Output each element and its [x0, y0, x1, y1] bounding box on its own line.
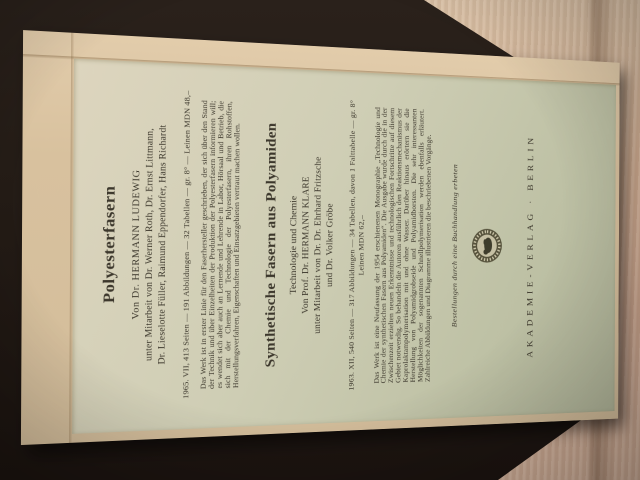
- book2-contributors-1: unter Mitarbeit von Dr. Dr. Ehrhard Frit…: [312, 79, 323, 410]
- book2-contributors-2: und Dr. Volker Gröbe: [324, 80, 335, 410]
- emblem-svg: [469, 226, 504, 265]
- book2-title: Synthetische Fasern aus Polyamiden: [262, 77, 279, 412]
- book1-blurb: Das Werk ist in erster Linie für den Fas…: [200, 100, 242, 389]
- book: Polyesterfasern Von Dr. HERMANN LUDEWIG …: [21, 30, 620, 445]
- book1-author: Von Dr. HERMANN LUDEWIG: [131, 71, 143, 418]
- order-note: Bestellungen durch eine Buchhandlung erb…: [450, 86, 459, 406]
- page-text: Polyesterfasern Von Dr. HERMANN LUDEWIG …: [76, 69, 557, 420]
- book1-title: Polyesterfasern: [76, 69, 120, 420]
- book2-subtitle: Technologie und Chemie: [288, 78, 299, 411]
- book2-author: Von Prof. Dr. HERMANN KLARE: [300, 79, 311, 411]
- book1-contributors-1: unter Mitarbeit von Dr. Werner Roth, Dr.…: [144, 72, 156, 418]
- book2-imprint-1: 1963. XII, 540 Seiten — 317 Abbildungen …: [346, 81, 356, 409]
- book2-blurb: Das Werk ist eine Neufassung der 1954 er…: [373, 107, 433, 384]
- book2-imprint-2: Leinen MDN 62,–: [356, 81, 366, 409]
- akademie-verlag-emblem-icon: [469, 87, 509, 405]
- book1-contributors-2: Dr. Lieselotte Füller, Raimund Eppendorf…: [157, 72, 169, 416]
- advertisement-page: Polyesterfasern Von Dr. HERMANN LUDEWIG …: [72, 59, 616, 434]
- photo-scene: Polyesterfasern Von Dr. HERMANN LUDEWIG …: [0, 0, 640, 480]
- book1-imprint: 1965. VII, 413 Seiten — 191 Abbildungen …: [181, 73, 192, 415]
- publisher-line: AKADEMIE-VERLAG · BERLIN: [526, 89, 536, 402]
